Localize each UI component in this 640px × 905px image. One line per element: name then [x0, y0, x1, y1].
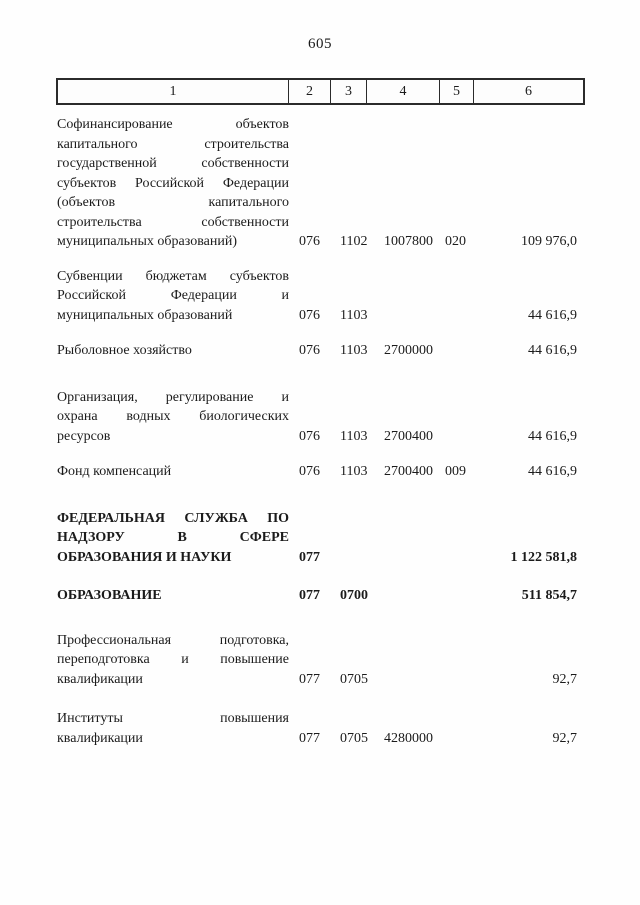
- target-article-code: 4280000: [384, 729, 433, 749]
- row-description: Профессиональная подготовка,переподготов…: [57, 631, 289, 690]
- column-header-1: 1: [58, 80, 289, 103]
- chapter-code: 076: [299, 427, 320, 447]
- target-article-code: 2700400: [384, 427, 433, 447]
- table-row: Субвенции бюджетам субъектовРоссийской Ф…: [57, 267, 585, 326]
- target-article-code: 1007800: [384, 232, 433, 252]
- table-row: Фонд компенсаций 076 1103 2700400 009 44…: [57, 462, 585, 482]
- table-row: Софинансирование объектовкапитального ст…: [57, 115, 585, 252]
- amount-value: 109 976,0: [521, 232, 577, 252]
- chapter-code: 076: [299, 462, 320, 482]
- section-code: 1103: [340, 341, 367, 361]
- chapter-code: 077: [299, 729, 320, 749]
- section-code: 1103: [340, 427, 367, 447]
- row-description: Софинансирование объектовкапитального ст…: [57, 115, 289, 252]
- chapter-code: 077: [299, 548, 320, 568]
- amount-value: 511 854,7: [522, 586, 577, 606]
- section-code: 1102: [340, 232, 367, 252]
- amount-value: 44 616,9: [528, 462, 577, 482]
- table-body: Софинансирование объектовкапитального ст…: [57, 115, 585, 748]
- chapter-code: 077: [299, 586, 320, 606]
- table-row: Организация, регулирование иохрана водны…: [57, 388, 585, 447]
- expense-type-code: 020: [445, 232, 466, 252]
- row-description: Рыболовное хозяйство: [57, 341, 289, 361]
- page-number: 605: [0, 36, 640, 53]
- table-row: Профессиональная подготовка,переподготов…: [57, 631, 585, 690]
- section-code: 0705: [340, 729, 368, 749]
- amount-value: 44 616,9: [528, 427, 577, 447]
- section-code: 1103: [340, 306, 367, 326]
- table-column-header-row: 1 2 3 4 5 6: [56, 78, 585, 105]
- document-page: 605 1 2 3 4 5 6 Софинансирование объекто…: [0, 0, 640, 905]
- column-header-4: 4: [367, 80, 440, 103]
- row-description: Субвенции бюджетам субъектовРоссийской Ф…: [57, 267, 289, 326]
- chapter-code: 076: [299, 232, 320, 252]
- column-header-6: 6: [474, 80, 583, 103]
- table-row-section-header: ФЕДЕРАЛЬНАЯ СЛУЖБА ПОНАДЗОРУ В СФЕРЕОБРА…: [57, 509, 585, 568]
- target-article-code: 2700000: [384, 341, 433, 361]
- chapter-code: 076: [299, 306, 320, 326]
- column-header-2: 2: [289, 80, 331, 103]
- amount-value: 1 122 581,8: [511, 548, 578, 568]
- amount-value: 44 616,9: [528, 341, 577, 361]
- column-header-5: 5: [440, 80, 474, 103]
- row-description: Организация, регулирование иохрана водны…: [57, 388, 289, 447]
- chapter-code: 077: [299, 670, 320, 690]
- row-description: ФЕДЕРАЛЬНАЯ СЛУЖБА ПОНАДЗОРУ В СФЕРЕОБРА…: [57, 509, 289, 568]
- row-description: Фонд компенсаций: [57, 462, 289, 482]
- table-row: Институты повышенияквалификации 077 0705…: [57, 709, 585, 748]
- section-code: 1103: [340, 462, 367, 482]
- row-description: ОБРАЗОВАНИЕ: [57, 586, 289, 606]
- chapter-code: 076: [299, 341, 320, 361]
- section-code: 0700: [340, 586, 368, 606]
- table-row-section-header: ОБРАЗОВАНИЕ 077 0700 511 854,7: [57, 586, 585, 606]
- table-row: Рыболовное хозяйство 076 1103 2700000 44…: [57, 341, 585, 361]
- column-header-3: 3: [331, 80, 367, 103]
- amount-value: 44 616,9: [528, 306, 577, 326]
- row-description: Институты повышенияквалификации: [57, 709, 289, 748]
- amount-value: 92,7: [553, 670, 578, 690]
- expense-type-code: 009: [445, 462, 466, 482]
- section-code: 0705: [340, 670, 368, 690]
- amount-value: 92,7: [553, 729, 578, 749]
- target-article-code: 2700400: [384, 462, 433, 482]
